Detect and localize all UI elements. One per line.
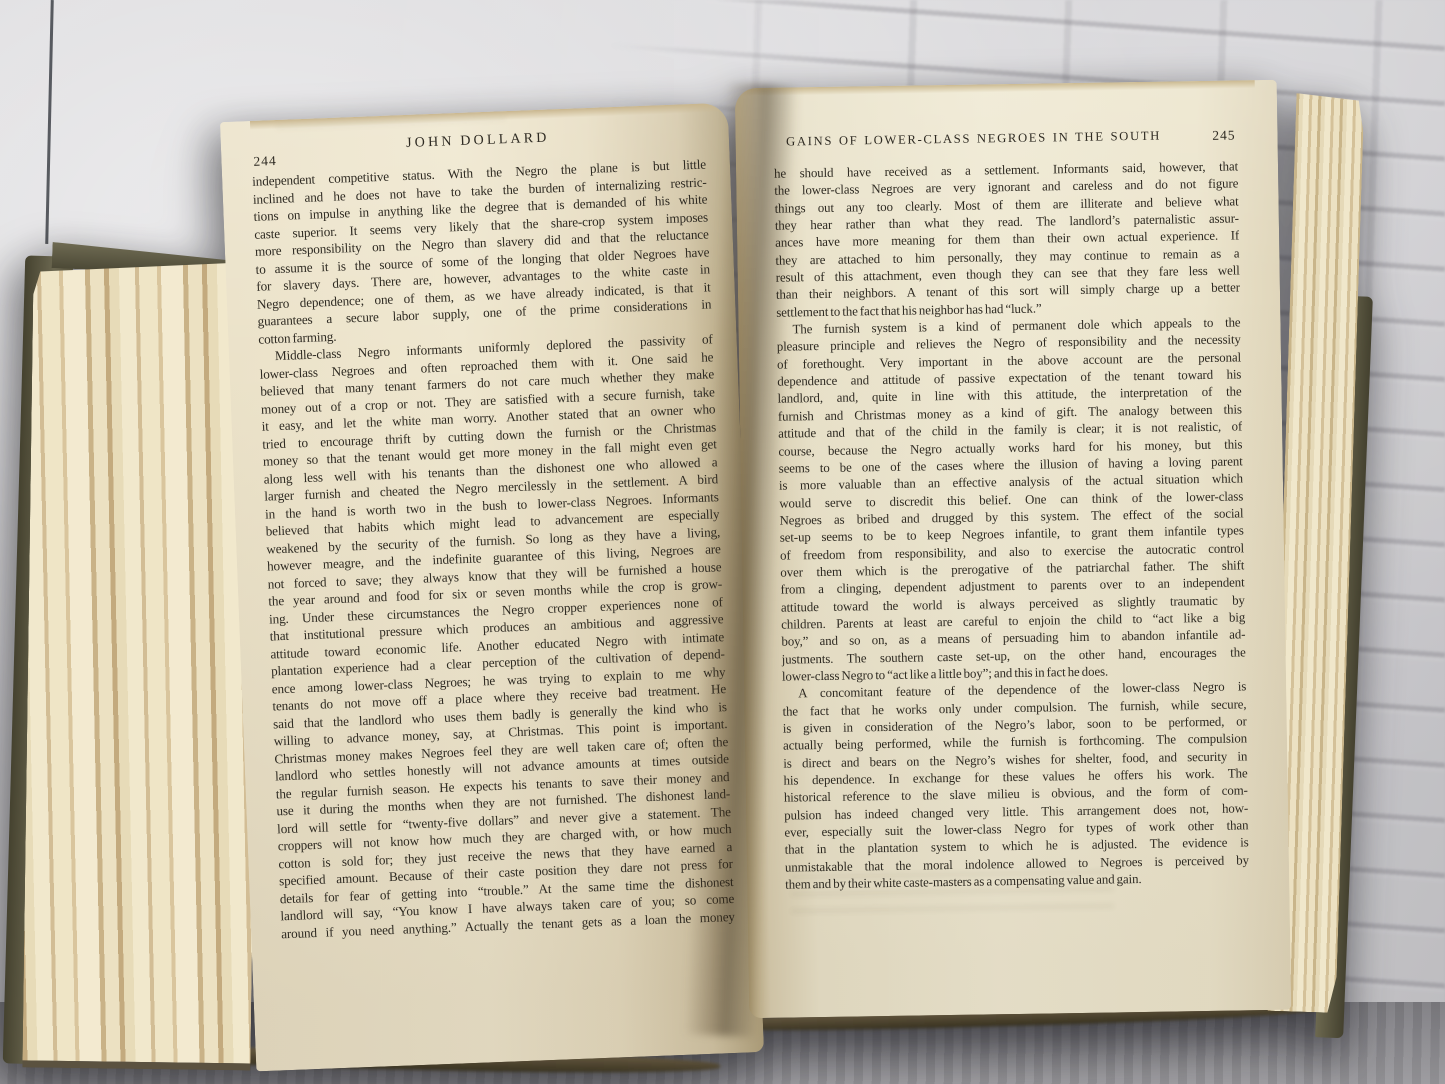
page-number: 245 bbox=[1212, 126, 1236, 144]
right-page-text-block: GAINS OF LOWER-CLASS NEGROES IN THE SOUT… bbox=[773, 126, 1249, 894]
book-photo: 244 JOHN DOLLARD independent competitive… bbox=[0, 0, 1445, 1084]
right-page: GAINS OF LOWER-CLASS NEGROES IN THE SOUT… bbox=[735, 80, 1292, 1018]
paragraph: Middle-class Negro informants uniformly … bbox=[259, 330, 736, 942]
running-head: GAINS OF LOWER-CLASS NEGROES IN THE SOUT… bbox=[773, 127, 1173, 151]
paragraph: he should have received as a settlement.… bbox=[774, 158, 1240, 321]
left-page-text-block: 244 JOHN DOLLARD independent competitive… bbox=[251, 124, 735, 943]
page-number: 244 bbox=[253, 152, 277, 170]
paragraph: independent competitive status. With the… bbox=[252, 155, 712, 347]
open-book: 244 JOHN DOLLARD independent competitive… bbox=[0, 0, 1445, 1084]
left-page-edge-stack bbox=[22, 258, 261, 1070]
paragraph: The furnish system is a kind of permanen… bbox=[776, 314, 1246, 685]
right-running-head-row: GAINS OF LOWER-CLASS NEGROES IN THE SOUT… bbox=[773, 126, 1237, 157]
left-page: 244 JOHN DOLLARD independent competitive… bbox=[220, 103, 764, 1072]
paragraph: A concomitant feature of the dependence … bbox=[782, 679, 1249, 894]
